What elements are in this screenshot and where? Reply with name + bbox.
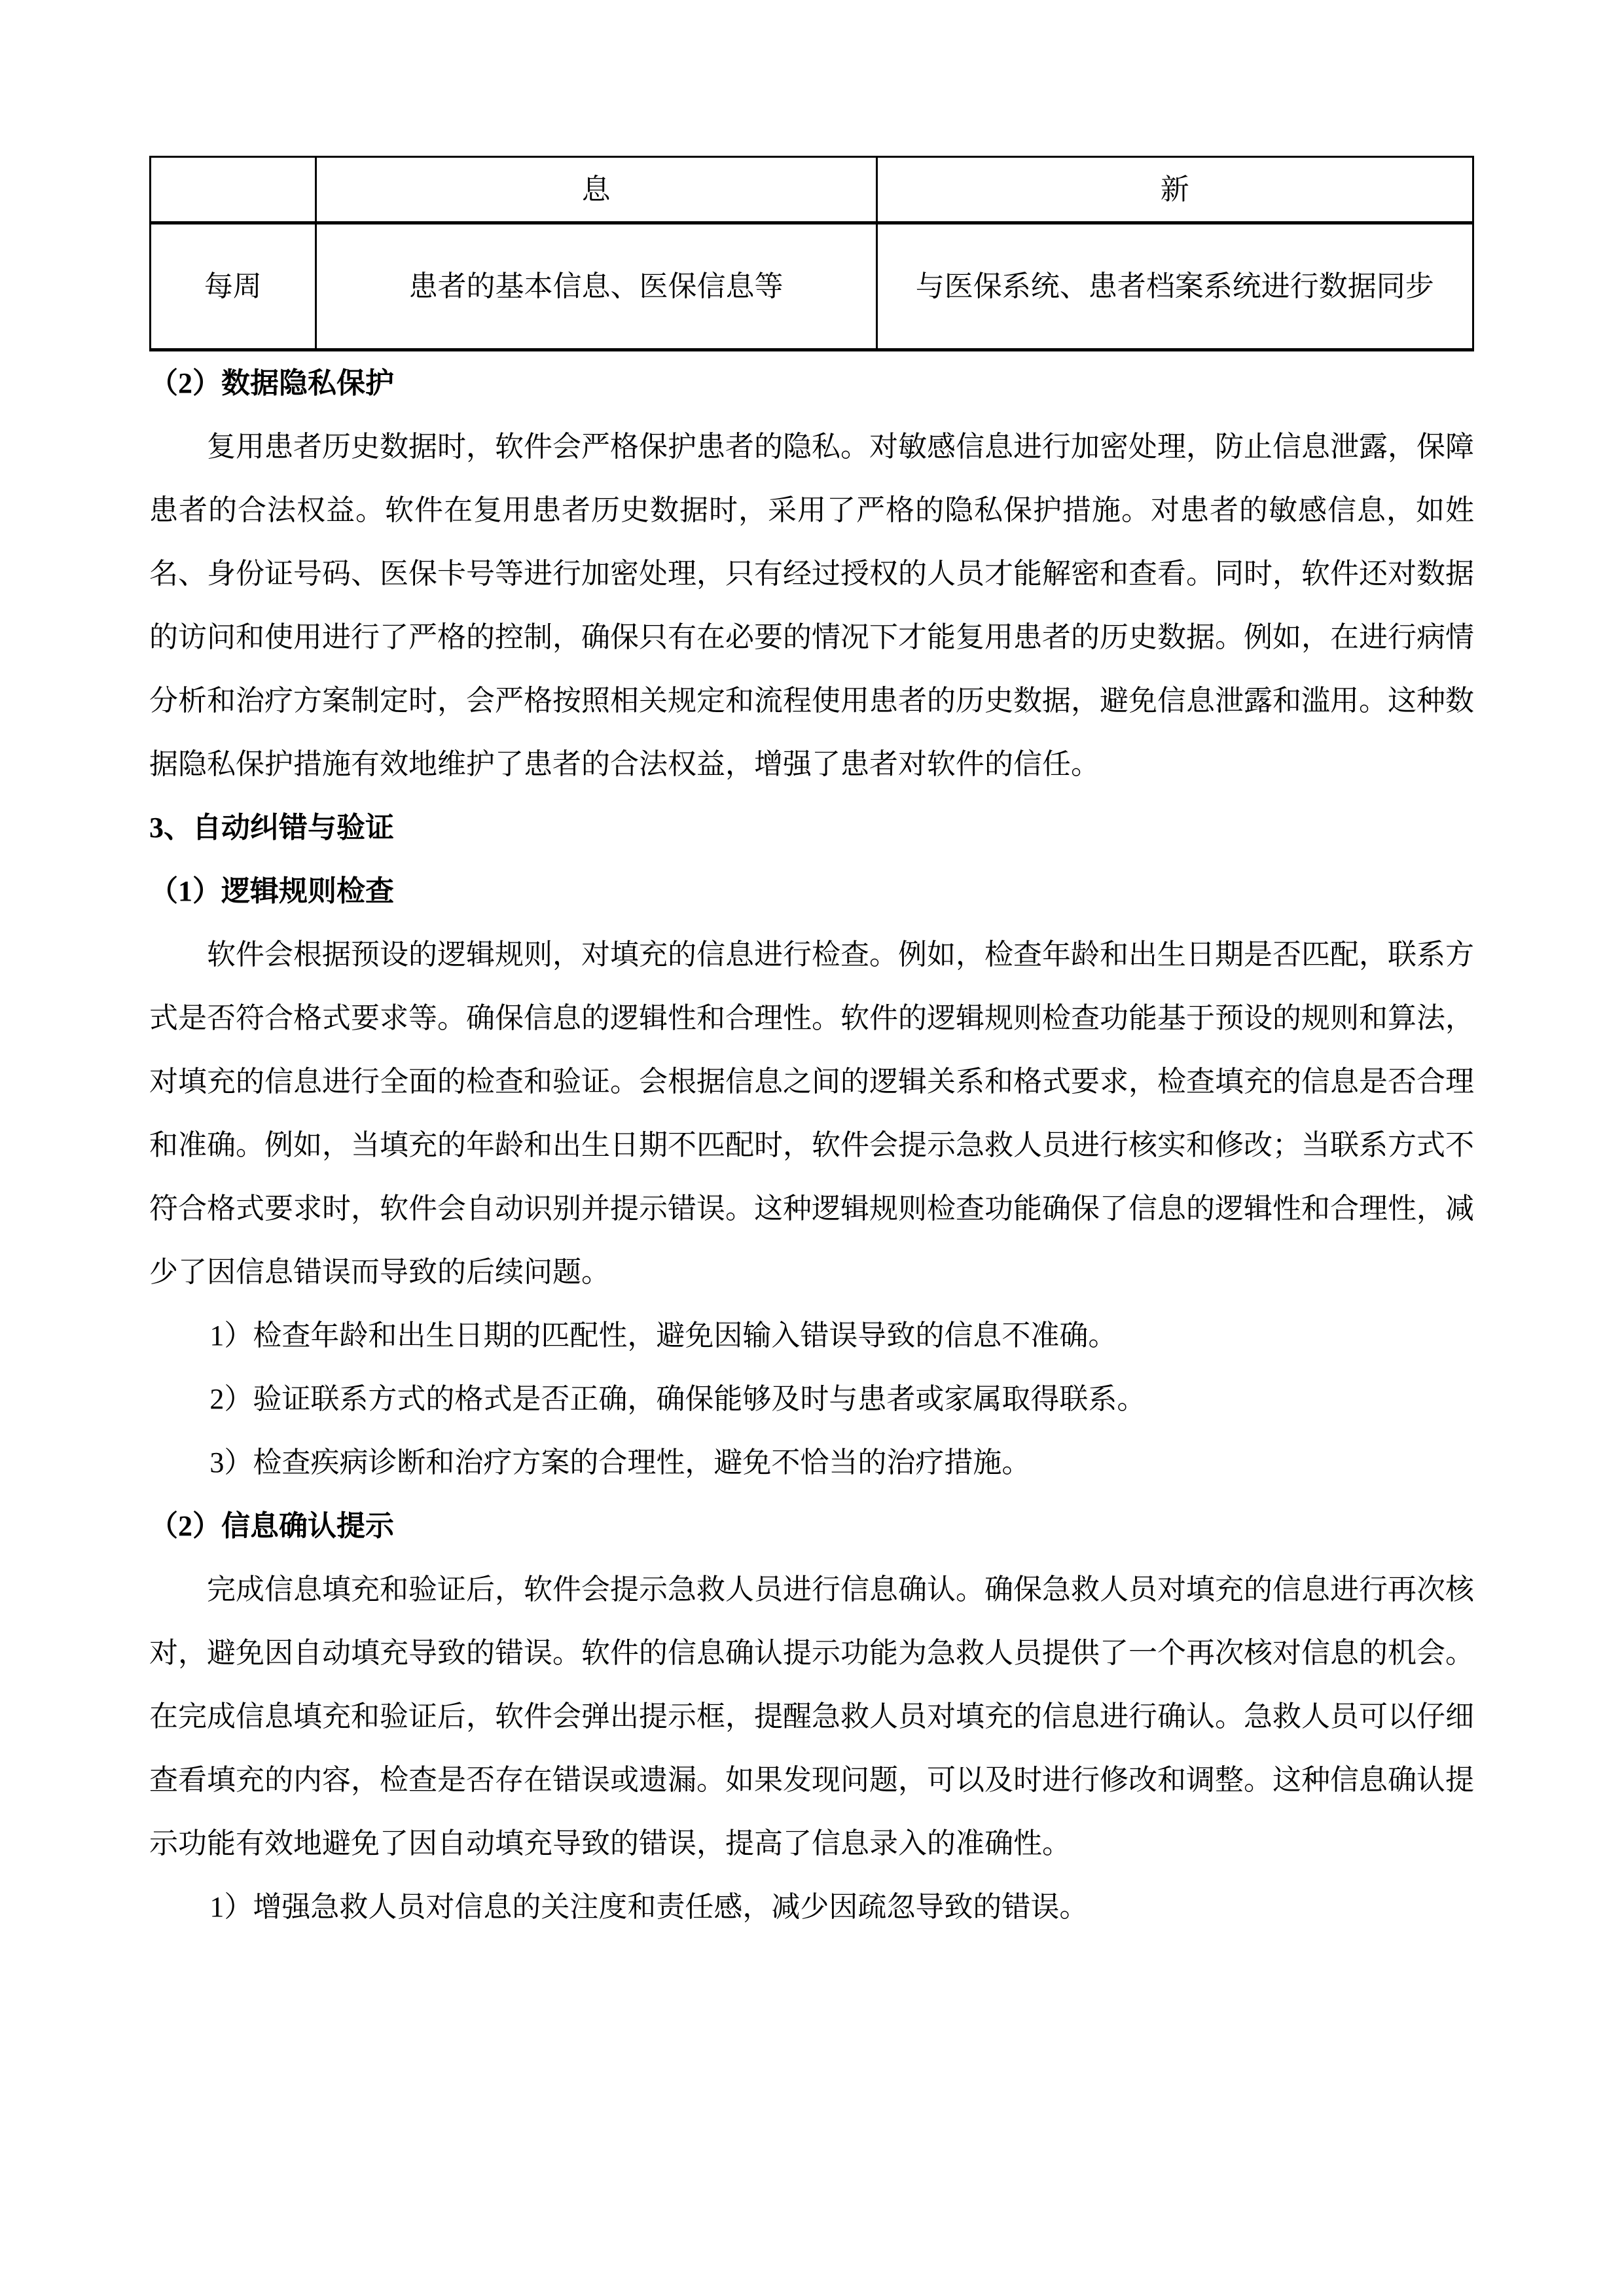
sync-schedule-table: 息 新 每周 患者的基本信息、医保信息等 与医保系统、患者档案系统进行数据同步 [149, 156, 1474, 351]
heading-data-privacy: （2）数据隐私保护 [149, 351, 1474, 415]
list-item-confirm-1: 1）增强急救人员对信息的关注度和责任感，减少因疏忽导致的错误。 [149, 1875, 1474, 1939]
table-cell-content: 患者的基本信息、医保信息等 [316, 223, 876, 350]
paragraph-logic-rule-check: 软件会根据预设的逻辑规则，对填充的信息进行检查。例如，检查年龄和出生日期是否匹配… [149, 923, 1474, 1304]
table-cell-method: 与医保系统、患者档案系统进行数据同步 [876, 223, 1473, 350]
heading-section-3: 3、自动纠错与验证 [149, 796, 1474, 859]
table-cell-frequency: 每周 [151, 223, 316, 350]
paragraph-data-privacy: 复用患者历史数据时，软件会严格保护患者的隐私。对敏感信息进行加密处理，防止信息泄… [149, 415, 1474, 796]
table-row: 每周 患者的基本信息、医保信息等 与医保系统、患者档案系统进行数据同步 [151, 223, 1473, 350]
list-item-logic-3: 3）检查疾病诊断和治疗方案的合理性，避免不恰当的治疗措施。 [149, 1431, 1474, 1494]
heading-logic-rule-check: （1）逻辑规则检查 [149, 859, 1474, 923]
paragraph-info-confirm: 完成信息填充和验证后，软件会提示急救人员进行信息确认。确保急救人员对填充的信息进… [149, 1558, 1474, 1875]
table-cell [151, 157, 316, 223]
table-cell: 新 [876, 157, 1473, 223]
document-page: 息 新 每周 患者的基本信息、医保信息等 与医保系统、患者档案系统进行数据同步 … [0, 0, 1624, 2296]
table-row-header-continued: 息 新 [151, 157, 1473, 223]
table-cell: 息 [316, 157, 876, 223]
heading-info-confirm: （2）信息确认提示 [149, 1494, 1474, 1558]
list-item-logic-1: 1）检查年龄和出生日期的匹配性，避免因输入错误导致的信息不准确。 [149, 1304, 1474, 1367]
list-item-logic-2: 2）验证联系方式的格式是否正确，确保能够及时与患者或家属取得联系。 [149, 1367, 1474, 1431]
